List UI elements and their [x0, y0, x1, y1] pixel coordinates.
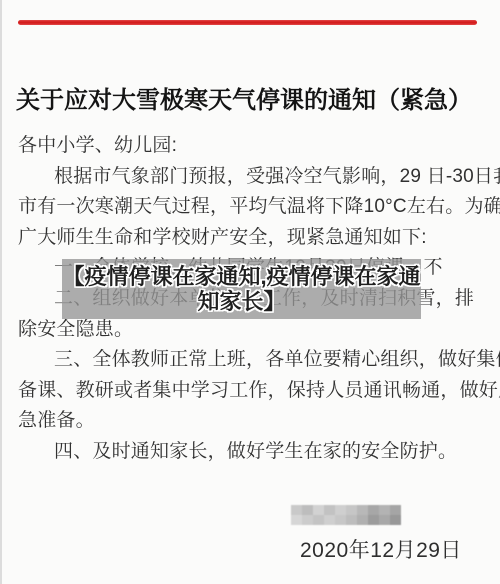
mosaic-block	[313, 515, 324, 525]
mosaic-block	[379, 515, 390, 525]
notice-text-line: 备课、教研或者集中学习工作，保持人员通讯畅通，做好应	[18, 376, 480, 407]
notice-date: 2020年12月29日	[300, 534, 450, 564]
mosaic-block	[302, 505, 313, 515]
mosaic-block	[390, 515, 401, 525]
mosaic-block	[302, 515, 313, 525]
notice-text-line: 除安全隐患。	[18, 315, 480, 346]
mosaic-block	[390, 505, 401, 515]
notice-text-line: 三、全体教师正常上班，各单位要精心组织，做好集体	[18, 345, 480, 376]
mosaic-block	[335, 515, 346, 525]
notice-text-line: 各中小学、幼儿园:	[18, 131, 480, 162]
watermark-text-line2: 知家长】	[197, 289, 285, 314]
mosaic-block	[379, 505, 390, 515]
mosaic-block	[368, 505, 379, 515]
mosaic-block	[357, 505, 368, 515]
mosaic-block	[291, 505, 302, 515]
notice-text-line: 四、及时通知家长，做好学生在家的安全防护。	[18, 437, 480, 468]
mosaic-block	[368, 515, 379, 525]
red-divider-line	[18, 20, 477, 25]
mosaic-block	[357, 515, 368, 525]
watermark-overlay: 【疫情停课在家通知,疫情停课在家通 知家长】	[62, 259, 421, 319]
notice-text-line: 根据市气象部门预报，受强冷空气影响，29 日-30日我	[18, 162, 480, 193]
watermark-text-line1: 【疫情停课在家通知,疫情停课在家通	[62, 264, 420, 289]
mosaic-block	[291, 515, 302, 525]
redacted-signature-mosaic	[291, 505, 401, 525]
notice-title: 关于应对大雪极寒天气停课的通知（紧急）	[16, 80, 484, 115]
mosaic-block	[324, 515, 335, 525]
mosaic-block	[346, 505, 357, 515]
notice-text-line: 急准备。	[18, 406, 480, 437]
notice-text-line: 市有一次寒潮天气过程，平均气温将下降10°C左右。为确保	[18, 192, 480, 223]
photo-left-edge	[0, 0, 2, 584]
notice-text-line: 广大师生生命和学校财产安全，现紧急通知如下:	[18, 223, 480, 254]
mosaic-block	[324, 505, 335, 515]
mosaic-block	[335, 505, 346, 515]
mosaic-block	[313, 505, 324, 515]
mosaic-block	[346, 515, 357, 525]
